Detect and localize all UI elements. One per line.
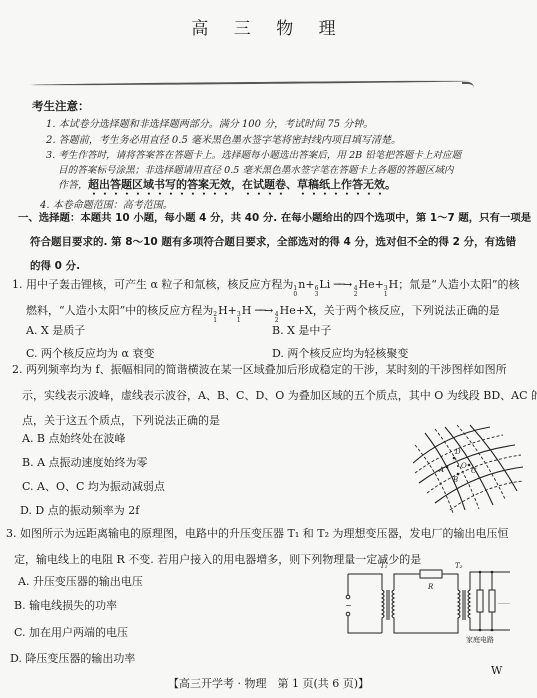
power-transmission-circuit-figure: T₁ R T₂ ~ …… 家庭电路 xyxy=(340,562,530,647)
notice-emphasis: 超出答题区域书写的答案无效，在试题卷、草稿纸上作答无效。 xyxy=(88,178,396,191)
label-c: C xyxy=(471,467,477,475)
nuclide-li: 63 xyxy=(315,286,319,298)
label-o: O xyxy=(461,462,467,470)
nuclide-he: 42 xyxy=(354,286,358,298)
nuclide-h3: 31 xyxy=(384,286,388,298)
q3-text-1: 如图所示为远距离输电的原理图，电路中的升压变压器 T₁ 和 T₂ 为理想变压器，… xyxy=(20,527,508,540)
q1-text-d: ，关于两个核反应，下列说法正确的是 xyxy=(313,304,500,317)
label-household-circuit: 家庭电路 xyxy=(466,635,494,644)
label-more-loads: …… xyxy=(498,599,510,606)
q3-option-a[interactable]: A. 升压变压器的输出电压 xyxy=(18,573,143,589)
question-1-line-1: 1. 用中子轰击锂核，可产生 α 粒子和氚核，核反应方程为10n+63Li ──… xyxy=(12,272,520,298)
question-2-number: 2. xyxy=(12,363,23,376)
q2-option-d[interactable]: D. D 点的振动频率为 2f xyxy=(20,502,139,518)
nuclide-n: 10 xyxy=(293,286,297,298)
question-3-line-1: 3. 如图所示为远距离输电的原理图，电路中的升压变压器 T₁ 和 T₂ 为理想变… xyxy=(6,521,508,547)
section-instruction-line-1: 一、选择题：本题共 10 小题，每小题 4 分，共 40 分. 在每小题给出的四… xyxy=(18,206,531,231)
notice-item-3-prefix: 作答， xyxy=(58,180,88,191)
q1-text-b: ；氚是“人造小太阳”的核 xyxy=(398,278,519,291)
q1-text-c: 燃料，“人造小太阳”中的核反应方程为 xyxy=(26,304,213,317)
label-t2: T₂ xyxy=(455,562,463,570)
q1-option-a[interactable]: A. X 是质子 xyxy=(26,322,85,338)
q3-option-d[interactable]: D. 降压变压器的输出功率 xyxy=(10,650,135,666)
header-divider-tail xyxy=(462,82,474,88)
section-instruction-line-2: 符合题目要求的. 第 8～10 题有多项符合题目要求，全部选对的得 4 分，选对… xyxy=(30,230,516,255)
label-d: D xyxy=(454,448,461,456)
q1-option-b[interactable]: B. X 是中子 xyxy=(272,322,331,338)
notice-item-3-last: 作答，超出答题区域书写的答案无效，在试题卷、草稿纸上作答无效。 xyxy=(58,176,396,198)
q2-text-1: 两列频率均为 f、振幅相同的简谐横波在某一区域叠加后形成稳定的干涉，某时刻的干涉… xyxy=(26,363,507,376)
notice-item-2: 2. 答题前，考生务必用直径 0.5 毫米黑色墨水签字笔将密封线内项目填写清楚。 xyxy=(46,131,401,146)
header-divider xyxy=(30,80,470,86)
label-b: B xyxy=(452,476,458,484)
q2-option-b[interactable]: B. A 点振动速度始终为零 xyxy=(22,454,148,470)
q2-option-a[interactable]: A. B 点始终处在波峰 xyxy=(22,430,126,446)
notice-item-1: 1. 本试卷分选择题和非选择题两部分。满分 100 分，考试时间 75 分钟。 xyxy=(46,115,373,130)
nuclide-h2: 21 xyxy=(213,312,217,324)
exam-title: 高 三 物 理 xyxy=(0,14,537,39)
question-3-number: 3. xyxy=(6,527,17,540)
q3-option-c[interactable]: C. 加在用户两端的电压 xyxy=(14,624,128,640)
label-ac-source: ~ xyxy=(345,601,352,610)
question-2-line-1: 2. 两列频率均为 f、振幅相同的简谐横波在某一区域叠加后形成稳定的干涉，某时刻… xyxy=(12,357,507,383)
q1-text-a: 用中子轰击锂核，可产生 α 粒子和氚核，核反应方程为 xyxy=(26,278,293,291)
label-r: R xyxy=(427,583,434,591)
q3-option-b[interactable]: B. 输电线损失的功率 xyxy=(14,597,117,613)
label-t1: T₁ xyxy=(380,562,388,570)
label-a: A xyxy=(438,466,444,474)
notice-heading: 考生注意： xyxy=(32,98,90,114)
notice-item-3: 3. 考生作答时，请将答案答在答题卡上。选择题每小题选出答案后，用 2B 铅笔把… xyxy=(46,147,461,161)
page-footer: 【高三开学考 · 物理 第 1 页(共 6 页)】 xyxy=(0,675,537,691)
question-1-number: 1. xyxy=(12,278,23,291)
q2-option-c[interactable]: C. A、O、C 均为振动减弱点 xyxy=(22,478,165,494)
nuclide-h3b: 31 xyxy=(237,312,241,324)
question-2-line-2: 示，实线表示波峰，虚线表示波谷，A、B、C、D、O 为叠加区域的五个质点，其中 … xyxy=(22,383,537,409)
interference-pattern-figure: D A O C B xyxy=(405,425,525,515)
question-1-line-2: 燃料，“人造小太阳”中的核反应方程为21H+31H ──→ 42He+X，关于两… xyxy=(26,298,500,324)
notice-item-3-cont: 目的答案标号涂黑；非选择题请用直径 0.5 毫米黑色墨水签字笔在答题卡上各题的答… xyxy=(58,162,454,176)
